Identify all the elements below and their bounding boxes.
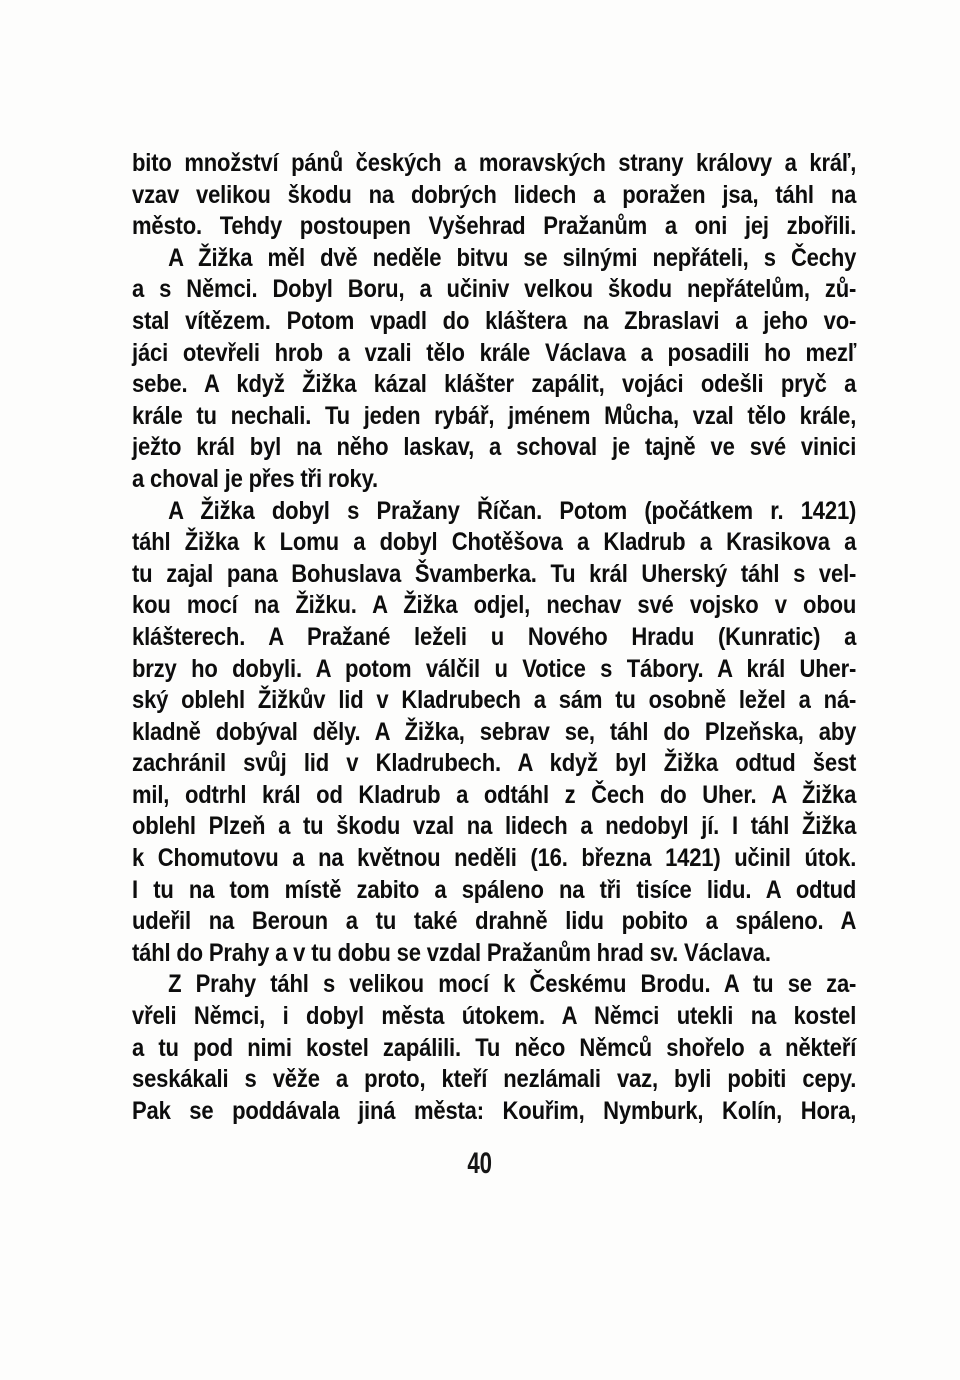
- text-line: bito množství pánů českých a moravských …: [132, 148, 856, 180]
- text-line: brzy ho dobyli. A potom válčil u Votice …: [132, 654, 856, 686]
- text-line: A Žižka měl dvě neděle bitvu se silnými …: [132, 243, 856, 275]
- text-line: Z Prahy táhl s velikou mocí k Českému Br…: [132, 969, 856, 1001]
- page-number: 40: [468, 1147, 493, 1181]
- text-line: krále tu nechali. Tu jeden rybář, jménem…: [132, 401, 856, 433]
- page-number-row: 40: [0, 1147, 960, 1181]
- text-line: jáci otevřeli hrob a vzali tělo krále Vá…: [132, 338, 856, 370]
- text-line: město. Tehdy postoupen Vyšehrad Pražanům…: [132, 211, 856, 243]
- text-line: seskákali s věže a proto, kteří nezlámal…: [132, 1064, 856, 1096]
- text-line: vzav velikou škodu na dobrých lidech a p…: [132, 180, 856, 212]
- scanned-book-page: bito množství pánů českých a moravských …: [0, 0, 960, 1380]
- text-line: Pak se poddávala jiná města: Kouřim, Nym…: [132, 1096, 856, 1128]
- text-line: oblehl Plzeň a tu škodu vzal na lidech a…: [132, 811, 856, 843]
- text-line: a choval je přes tři roky.: [132, 464, 856, 496]
- text-line: k Chomutovu a na květnou neděli (16. bře…: [132, 843, 856, 875]
- text-line: vřeli Němci, i dobyl města útokem. A Něm…: [132, 1001, 856, 1033]
- text-line: zachránil svůj lid v Kladrubech. A když …: [132, 748, 856, 780]
- paragraph: A Žižka měl dvě neděle bitvu se silnými …: [132, 243, 856, 496]
- text-line: A Žižka dobyl s Pražany Říčan. Potom (po…: [132, 496, 856, 528]
- paragraph: A Žižka dobyl s Pražany Říčan. Potom (po…: [132, 496, 856, 970]
- text-line: ježto král byl na něho laskav, a schoval…: [132, 432, 856, 464]
- text-line: klášterech. A Pražané leželi u Nového Hr…: [132, 622, 856, 654]
- text-line: a tu pod nimi kostel zapálili. Tu něco N…: [132, 1033, 856, 1065]
- text-line: mil, odtrhl král od Kladrub a odtáhl z Č…: [132, 780, 856, 812]
- text-line: tu zajal pana Bohuslava Švamberka. Tu kr…: [132, 559, 856, 591]
- text-line: sebe. A když Žižka kázal klášter zapálit…: [132, 369, 856, 401]
- text-line: ský oblehl Žižkův lid v Kladrubech a sám…: [132, 685, 856, 717]
- text-line: kladně dobýval děly. A Žižka, sebrav se,…: [132, 717, 856, 749]
- text-line: táhl Žižka k Lomu a dobyl Chotěšova a Kl…: [132, 527, 856, 559]
- text-column: bito množství pánů českých a moravských …: [132, 148, 856, 1127]
- text-line: táhl do Prahy a v tu dobu se vzdal Praža…: [132, 938, 856, 970]
- text-line: kou mocí na Žižku. A Žižka odjel, nechav…: [132, 590, 856, 622]
- paragraph: Z Prahy táhl s velikou mocí k Českému Br…: [132, 969, 856, 1127]
- text-line: stal vítězem. Potom vpadl do kláštera na…: [132, 306, 856, 338]
- text-line: udeřil na Beroun a tu také drahně lidu p…: [132, 906, 856, 938]
- text-line: I tu na tom místě zabito a spáleno na tř…: [132, 875, 856, 907]
- paragraph: bito množství pánů českých a moravských …: [132, 148, 856, 243]
- text-line: a s Němci. Dobyl Boru, a učiniv velkou š…: [132, 274, 856, 306]
